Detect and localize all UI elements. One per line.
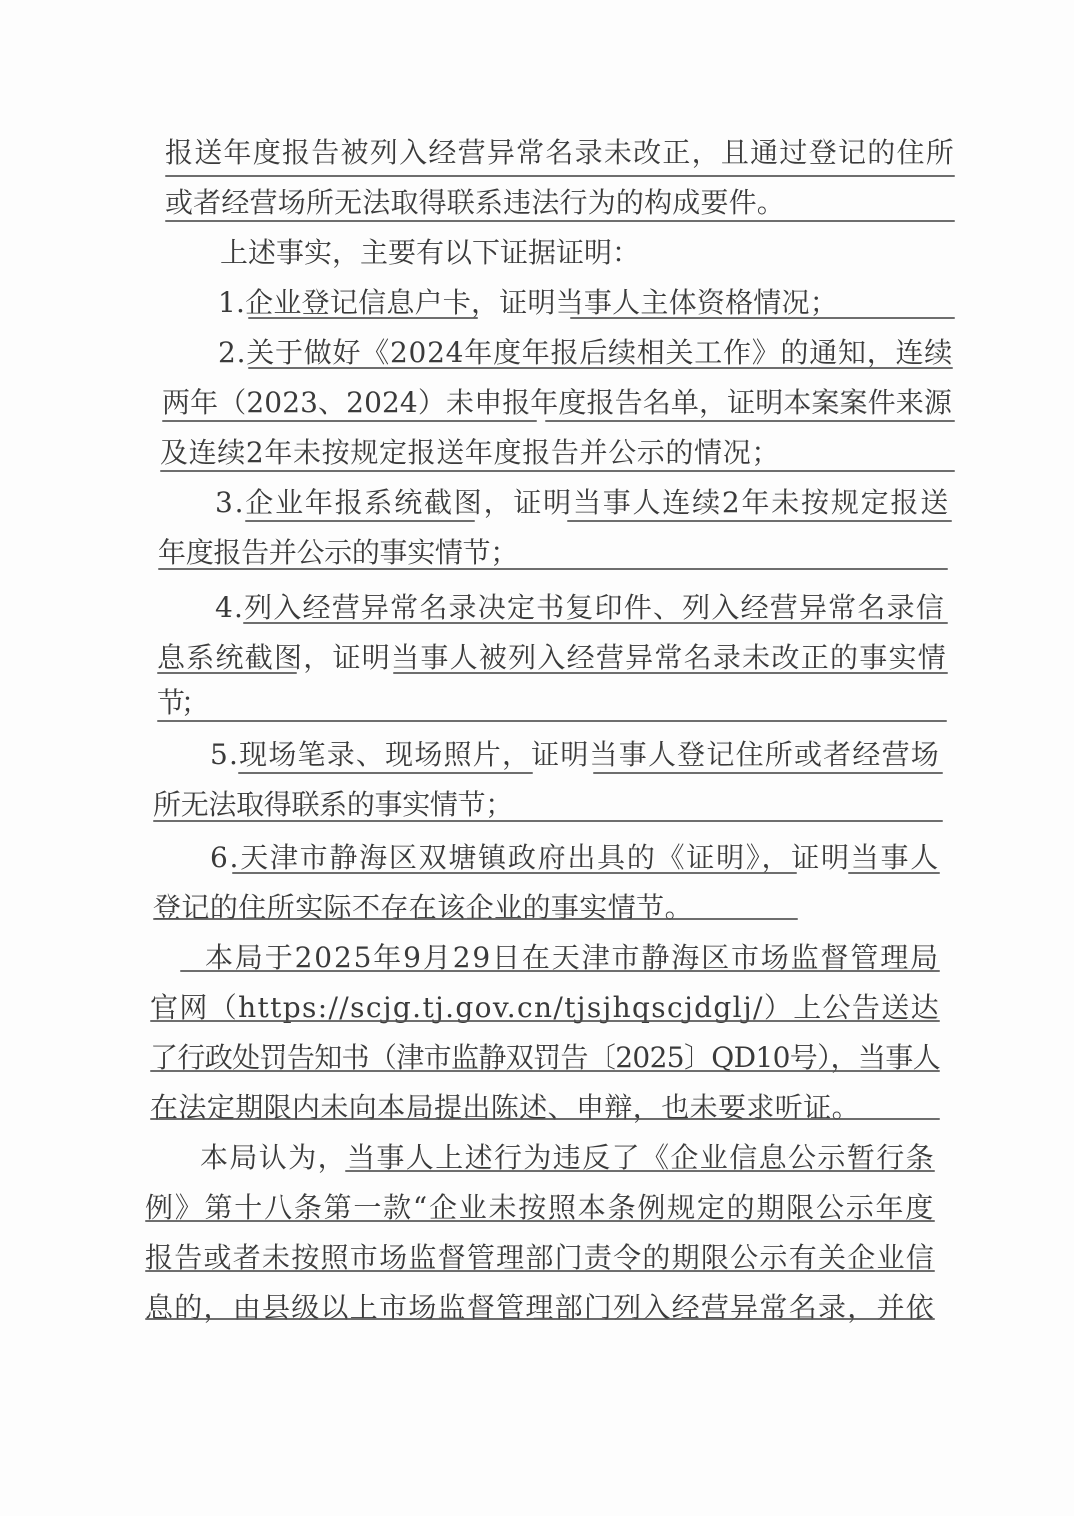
underline-stroke	[245, 520, 475, 522]
underline-stroke	[238, 772, 533, 774]
underline-stroke	[150, 1118, 940, 1120]
underline-stroke	[232, 872, 797, 874]
underline-stroke	[158, 568, 948, 570]
text-line: 报告或者未按照市场监督管理部门责令的期限公示有关企业信	[145, 1238, 935, 1278]
underline-stroke	[150, 1070, 940, 1072]
text-line: 上述事实，主要有以下证据证明：	[220, 233, 640, 273]
underline-stroke	[157, 720, 947, 722]
underline-stroke	[248, 367, 953, 369]
text-line: 所无法取得联系的事实情节；	[153, 785, 513, 825]
text-line: 在法定期限内未向本局提出陈述、申辩，也未要求听证。	[150, 1088, 860, 1128]
underline-stroke	[145, 1220, 935, 1222]
text-line: 了行政处罚告知书（津市监静双罚告〔2025〕QD10号），当事人	[150, 1038, 940, 1078]
text-line: 息的，由县级以上市场监督管理部门列入经营异常名录，并依	[145, 1288, 935, 1328]
text-line: 年度报告并公示的事实情节；	[158, 533, 518, 573]
text-line: 官网（https://scjg.tj.gov.cn/tjsjhqscjdglj/…	[150, 988, 940, 1028]
underline-stroke	[153, 820, 943, 822]
text-line: 节；	[157, 683, 197, 723]
underline-stroke	[393, 672, 948, 674]
text-line: 或者经营场所无法取得联系违法行为的构成要件。	[165, 183, 785, 223]
underline-stroke	[165, 175, 955, 177]
text-line: 登记的住所实际不存在该企业的事实情节。	[153, 888, 693, 928]
underline-stroke	[157, 672, 297, 674]
underline-stroke	[162, 420, 537, 422]
text-line: 本局于2025年9月29日在天津市静海区市场监督管理局	[205, 938, 940, 978]
underline-stroke	[848, 872, 940, 874]
underline-stroke	[570, 317, 955, 319]
underline-stroke	[243, 622, 948, 624]
underline-stroke	[145, 1318, 935, 1320]
underline-stroke	[160, 470, 955, 472]
text-line: 及连续2年未按规定报送年度报告并公示的情况；	[160, 433, 780, 473]
underline-stroke	[545, 420, 955, 422]
text-line: 3.企业年报系统截图，证明当事人连续2年未按规定报送	[215, 483, 950, 523]
underline-stroke	[567, 520, 952, 522]
underline-stroke	[248, 317, 478, 319]
text-line: 例》第十八条第一款“企业未按照本条例规定的期限公示年度	[145, 1188, 935, 1228]
underline-stroke	[345, 1170, 935, 1172]
text-line: 本局认为，当事人上述行为违反了《企业信息公示暂行条	[200, 1138, 935, 1178]
text-line: 两年（2023、2024）未申报年度报告名单，证明本案案件来源	[162, 383, 952, 423]
scanned-document-page: 报送年度报告被列入经营异常名录未改正，且通过登记的住所或者经营场所无法取得联系违…	[0, 0, 1074, 1516]
underline-stroke	[150, 1020, 940, 1022]
underline-stroke	[180, 970, 940, 972]
underline-stroke	[593, 772, 943, 774]
text-line: 5.现场笔录、现场照片，证明当事人登记住所或者经营场	[210, 735, 940, 775]
underline-stroke	[165, 220, 955, 222]
underline-stroke	[145, 1270, 935, 1272]
text-line: 报送年度报告被列入经营异常名录未改正，且通过登记的住所	[165, 133, 955, 173]
underline-stroke	[153, 918, 798, 920]
